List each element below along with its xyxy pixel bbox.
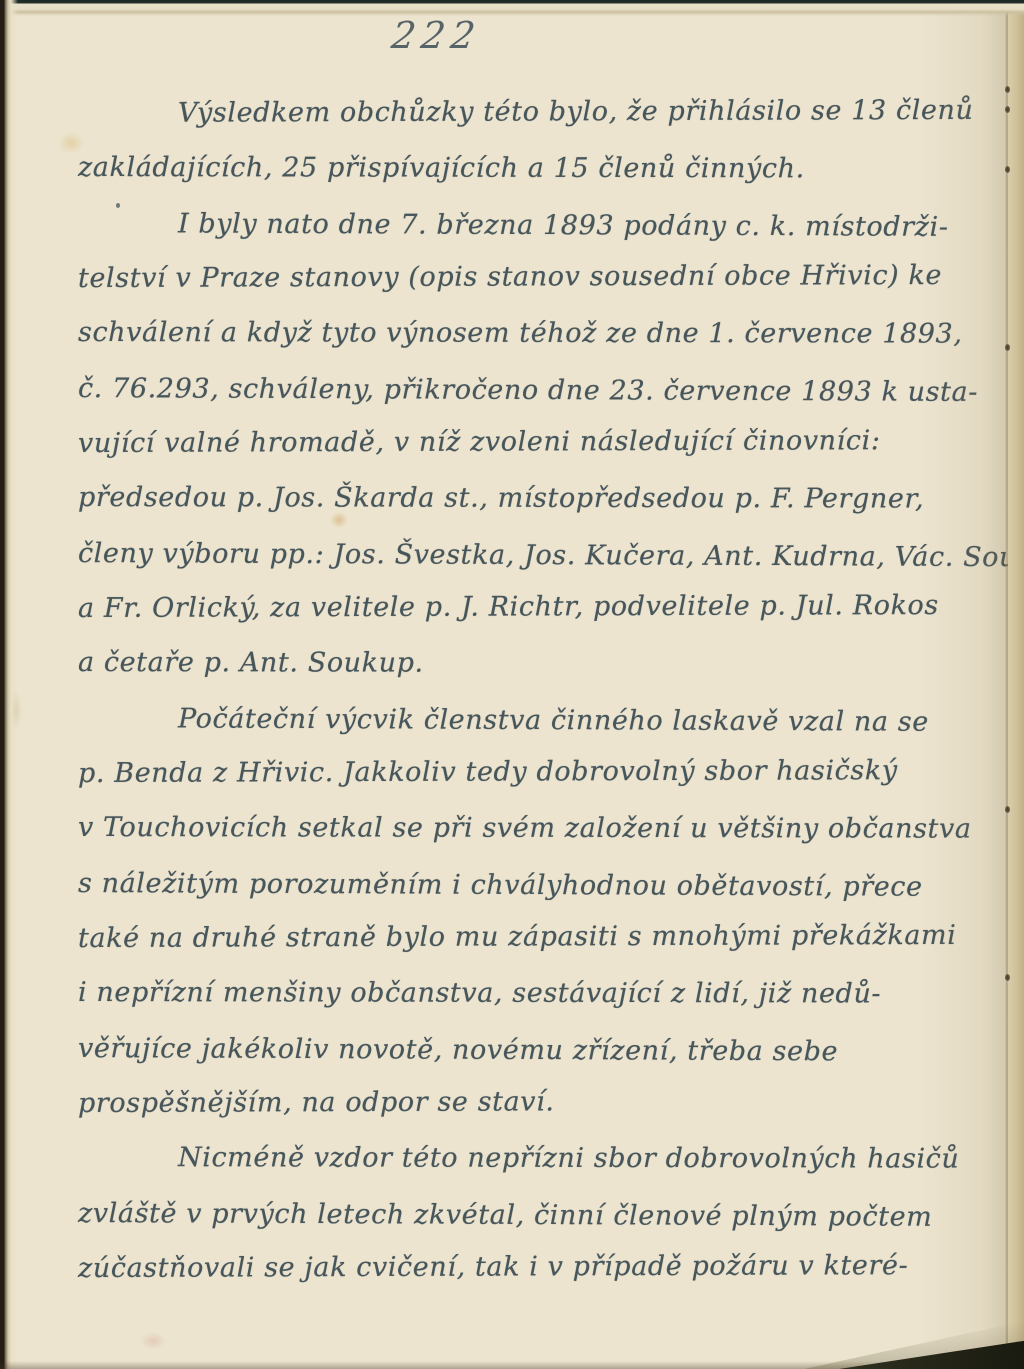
- handwritten-line: č. 76.293, schváleny, přikročeno dne 23.…: [78, 361, 978, 420]
- handwritten-line: p. Benda z Hřivic. Jakkoliv tedy dobrovo…: [78, 743, 978, 801]
- book-binding-left-edge: [0, 0, 18, 1369]
- handwritten-line: také na druhé straně bylo mu zápasiti s …: [78, 908, 978, 966]
- handwritten-line: předsedou p. Jos. Škarda st., místopředs…: [78, 470, 978, 527]
- stitch-hole: [1005, 106, 1010, 113]
- page-right-edge-strip: [1008, 0, 1024, 1369]
- handwritten-line: Výsledkem obchůzky této bylo, že přihlás…: [78, 83, 978, 141]
- handwritten-line: Počáteční výcvik členstva činného laskav…: [78, 691, 978, 750]
- handwritten-line: schválení a když tyto výnosem téhož ze d…: [78, 305, 978, 362]
- handwritten-line: věřujíce jakékoliv novotě, novému zřízen…: [78, 1021, 978, 1080]
- handwritten-line: vující valné hromadě, v níž zvoleni násl…: [78, 413, 978, 471]
- handwritten-line: v Touchovicích setkal se při svém založe…: [78, 800, 978, 857]
- stitch-hole: [1005, 166, 1010, 173]
- handwritten-line: s náležitým porozuměním i chvályhodnou o…: [78, 856, 978, 915]
- handwritten-line: zvláště v prvých letech zkvétal, činní č…: [78, 1186, 978, 1245]
- handwritten-line: a četaře p. Ant. Soukup.: [78, 635, 978, 692]
- handwritten-line: zakládajících, 25 přispívajících a 15 čl…: [78, 140, 978, 197]
- handwritten-line: zúčastňovali se jak cvičení, tak i v pří…: [78, 1238, 978, 1296]
- stitch-hole: [1005, 86, 1010, 93]
- handwritten-line: i nepřízní menšiny občanstva, sestávajíc…: [78, 965, 978, 1022]
- paper-stain: [140, 1332, 166, 1350]
- handwritten-line: a Fr. Orlický, za velitele p. J. Richtr,…: [78, 578, 978, 636]
- page-number: 222: [389, 14, 484, 57]
- handwritten-line: prospěšnějším, na odpor se staví.: [78, 1073, 978, 1131]
- page-curvature-shadow: [918, 0, 1008, 1369]
- handwritten-line: I byly nato dne 7. března 1893 podány c.…: [78, 196, 978, 255]
- handwritten-line: telství v Praze stanovy (opis stanov sou…: [78, 248, 978, 306]
- handwritten-line: Nicméně vzdor této nepřízni sbor dobrovo…: [78, 1130, 978, 1187]
- manuscript-text: Výsledkem obchůzky této bylo, že přihlás…: [78, 86, 978, 1296]
- stitch-hole: [1005, 974, 1010, 981]
- handwritten-line: členy výboru pp.: Jos. Švestka, Jos. Kuč…: [78, 526, 978, 585]
- stitch-hole: [1005, 806, 1010, 813]
- page-top-edge: [0, 0, 1024, 16]
- stitch-hole: [1005, 344, 1010, 351]
